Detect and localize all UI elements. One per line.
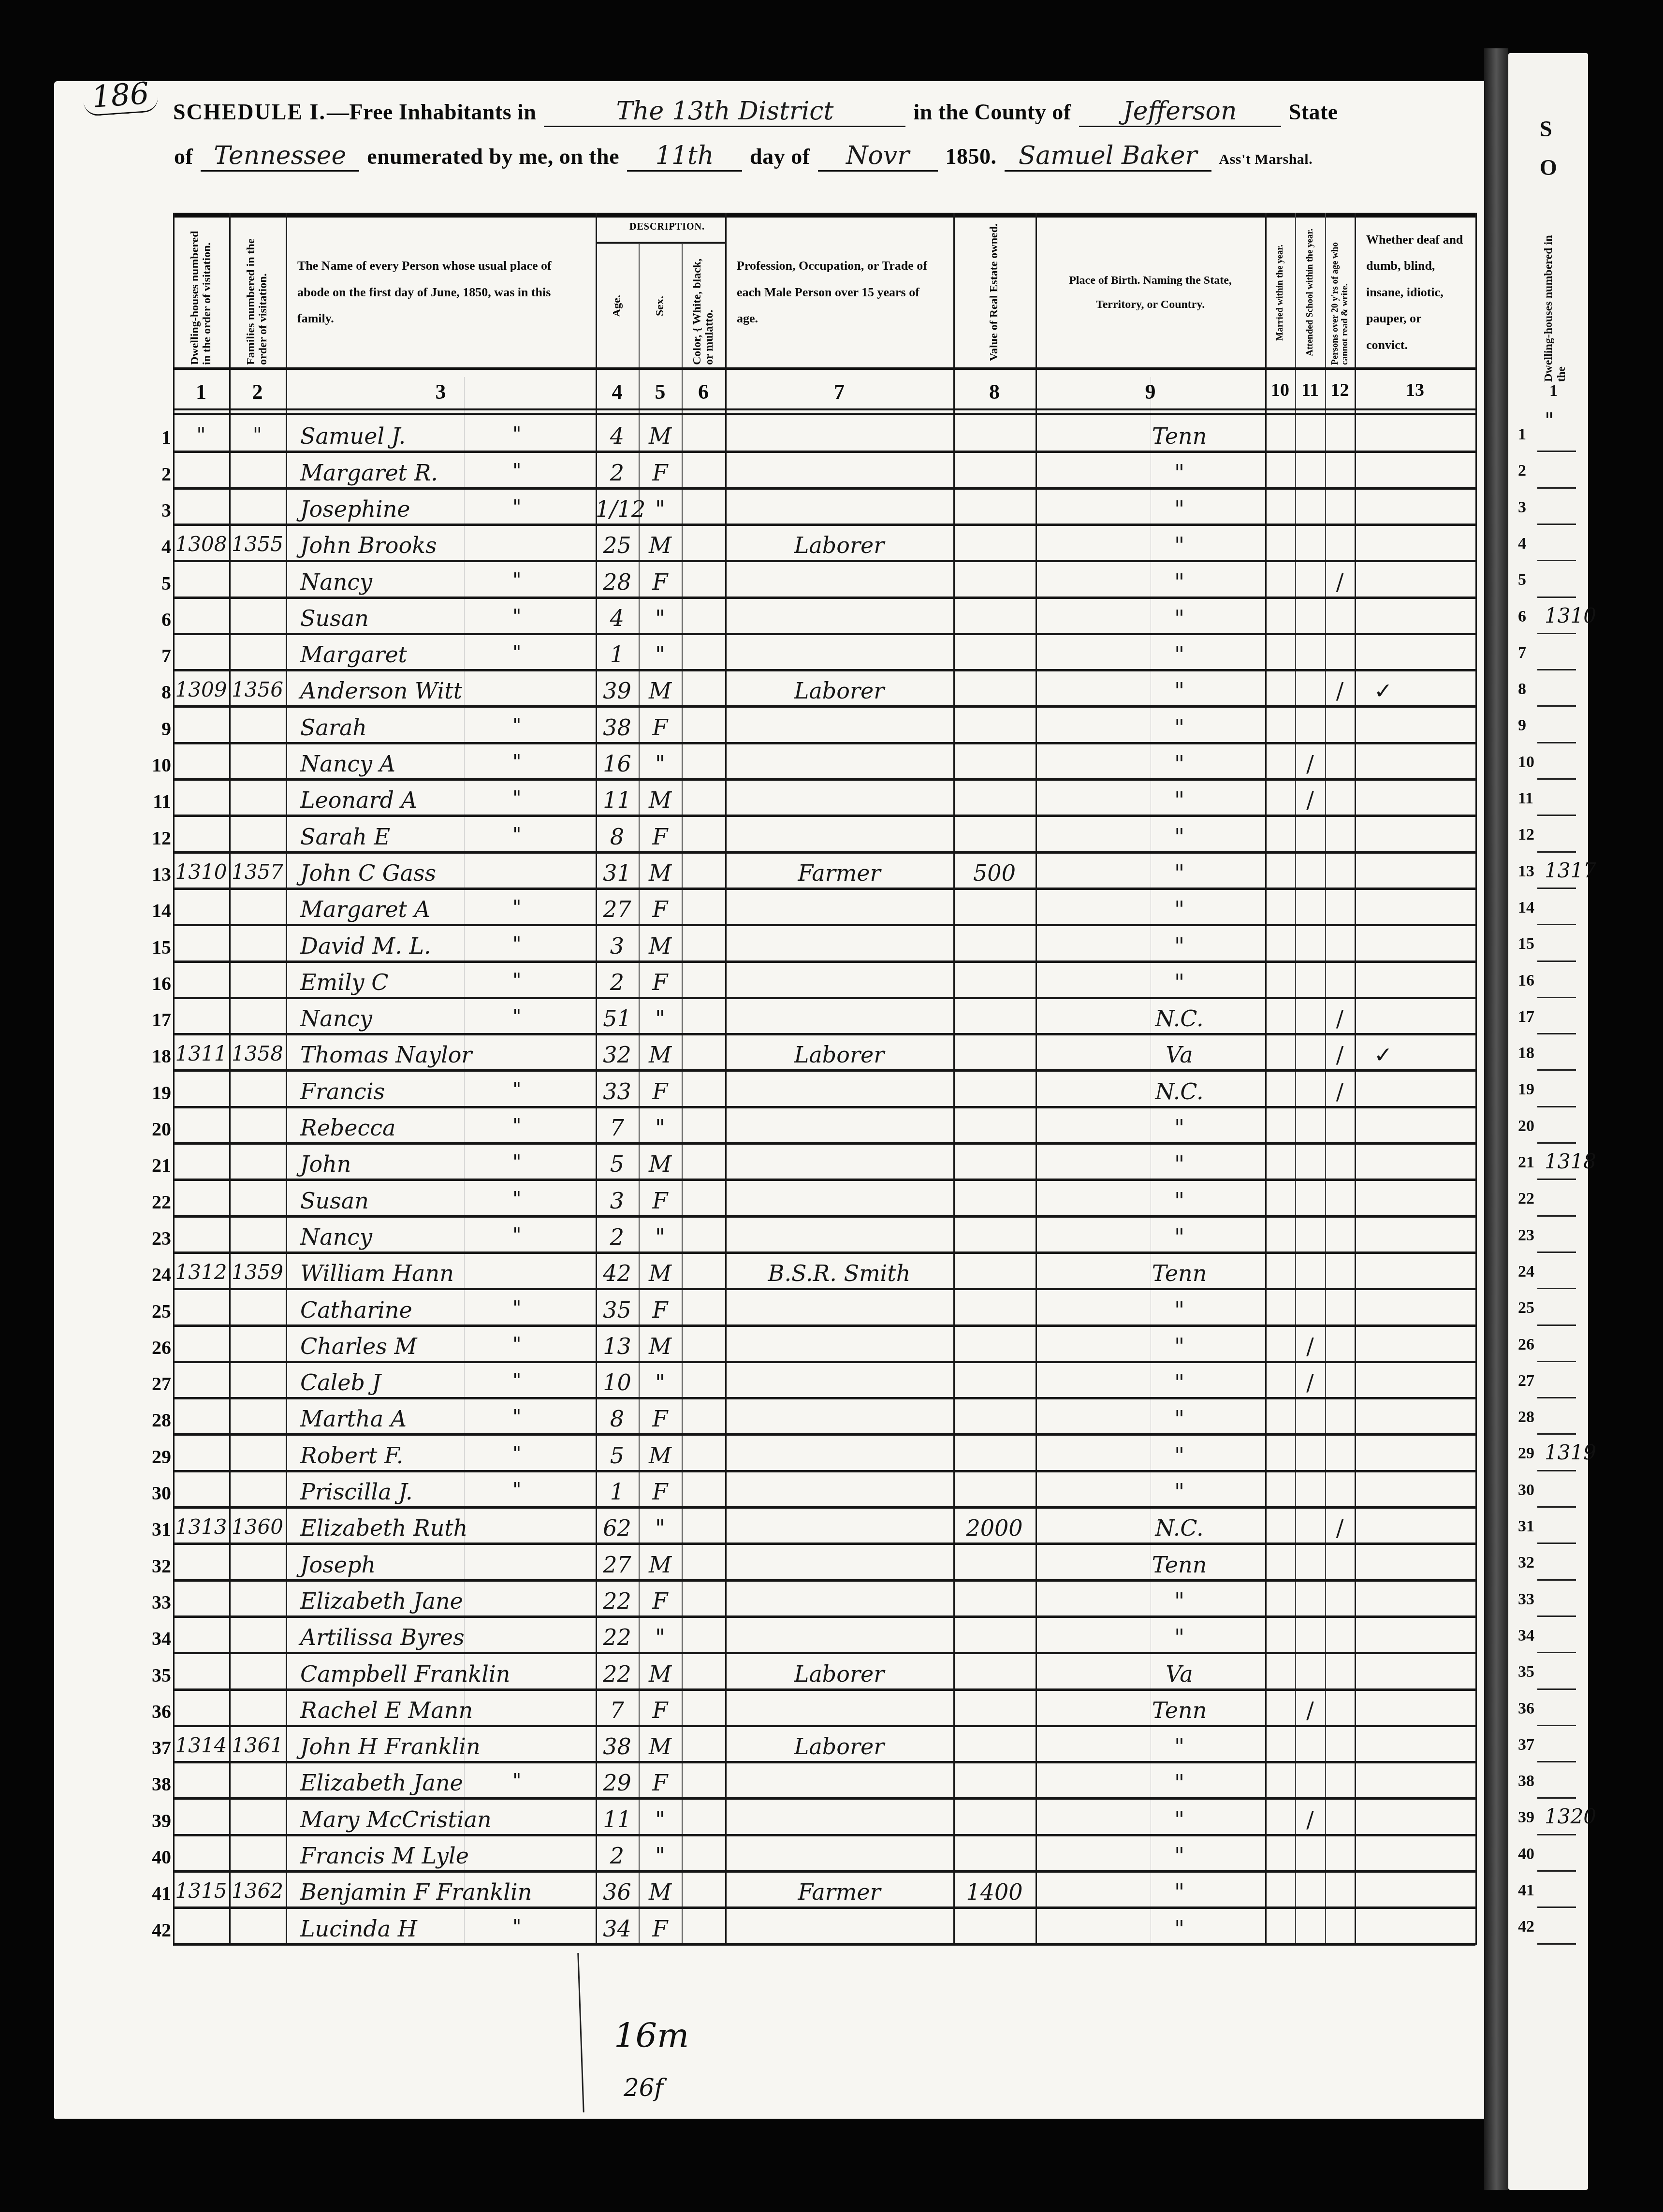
- sex[interactable]: M: [639, 787, 682, 813]
- sex[interactable]: F: [639, 460, 682, 486]
- line-number: 12: [145, 827, 171, 849]
- school-mark[interactable]: /: [1295, 1697, 1325, 1723]
- sex[interactable]: F: [639, 1916, 682, 1942]
- row-rule: [173, 1834, 1475, 1836]
- birthplace[interactable]: ": [1065, 678, 1294, 704]
- ditto-mark: ": [512, 423, 521, 445]
- age[interactable]: 11: [596, 1806, 639, 1833]
- ditto-mark: ": [512, 1224, 521, 1246]
- column-header-label: Dwelling-houses numbered in the order of…: [189, 220, 213, 365]
- adjacent-row-rule: [1537, 633, 1576, 634]
- dwelling-number[interactable]: 1311: [173, 1042, 229, 1065]
- person-name[interactable]: Priscilla J.: [300, 1479, 596, 1505]
- sex[interactable]: M: [639, 1442, 682, 1469]
- sex[interactable]: M: [639, 1151, 682, 1177]
- age[interactable]: 4: [596, 605, 639, 631]
- age[interactable]: 8: [596, 1406, 639, 1432]
- remark-mark[interactable]: ✓: [1374, 1042, 1480, 1068]
- age[interactable]: 27: [596, 1552, 639, 1578]
- school-mark[interactable]: /: [1295, 1806, 1325, 1833]
- age[interactable]: 27: [596, 896, 639, 922]
- adjacent-row-rule: [1537, 1652, 1576, 1653]
- family-number[interactable]: 1360: [229, 1515, 286, 1539]
- person-name[interactable]: Margaret: [300, 641, 596, 668]
- adjacent-first-entry: ": [1545, 408, 1554, 432]
- sex[interactable]: M: [639, 1042, 682, 1068]
- person-name[interactable]: Sarah: [300, 714, 596, 741]
- adjacent-row-rule: [1537, 1725, 1576, 1726]
- sex[interactable]: ": [639, 1369, 682, 1396]
- age[interactable]: 4: [596, 423, 639, 449]
- sex[interactable]: ": [639, 1843, 682, 1869]
- adjacent-row-rule: [1537, 1069, 1576, 1071]
- age[interactable]: 22: [596, 1588, 639, 1614]
- birthplace[interactable]: ": [1065, 1406, 1294, 1432]
- birthplace[interactable]: ": [1065, 1224, 1294, 1250]
- age[interactable]: 13: [596, 1333, 639, 1359]
- adjacent-row-rule: [1537, 597, 1576, 598]
- birthplace[interactable]: Va: [1065, 1042, 1294, 1068]
- family-number[interactable]: 1356: [229, 678, 286, 701]
- age[interactable]: 35: [596, 1297, 639, 1323]
- sex[interactable]: F: [639, 969, 682, 995]
- person-name[interactable]: Susan: [300, 1188, 596, 1214]
- person-name[interactable]: John Brooks: [300, 532, 596, 558]
- line-number: 4: [145, 535, 171, 558]
- row-rule: [173, 1252, 1475, 1254]
- birthplace[interactable]: Tenn: [1065, 1697, 1294, 1723]
- row-rule: [173, 960, 1475, 963]
- birthplace[interactable]: ": [1065, 1879, 1294, 1905]
- person-name[interactable]: Francis M Lyle: [300, 1843, 596, 1869]
- person-name[interactable]: Thomas Naylor: [300, 1042, 596, 1068]
- person-name[interactable]: Nancy: [300, 1005, 596, 1032]
- person-name[interactable]: Joseph: [300, 1552, 596, 1578]
- sex[interactable]: M: [639, 860, 682, 886]
- column-header-1: Dwelling-houses numbered in the order of…: [176, 220, 226, 365]
- family-number[interactable]: 1358: [229, 1042, 286, 1065]
- column-header-7: Profession, Occupation, or Trade of each…: [728, 220, 950, 365]
- row-rule: [173, 1397, 1475, 1399]
- dwelling-number[interactable]: 1312: [173, 1260, 229, 1284]
- illiterate-mark[interactable]: /: [1325, 1078, 1355, 1105]
- age[interactable]: 42: [596, 1260, 639, 1286]
- person-name[interactable]: Lucinda H: [300, 1916, 596, 1942]
- adjacent-row-rule: [1537, 742, 1576, 743]
- age[interactable]: 3: [596, 1188, 639, 1214]
- column-header-label: Profession, Occupation, or Trade of each…: [728, 253, 950, 332]
- row-rule: [173, 1506, 1475, 1509]
- row-rule: [173, 633, 1475, 635]
- adjacent-row-rule: [1537, 1179, 1576, 1180]
- sex[interactable]: ": [639, 1224, 682, 1250]
- birthplace[interactable]: ": [1065, 787, 1294, 813]
- sex[interactable]: M: [639, 1333, 682, 1359]
- age[interactable]: 28: [596, 569, 639, 595]
- illiterate-mark[interactable]: /: [1325, 1005, 1355, 1032]
- line-number: 40: [145, 1846, 171, 1868]
- adjacent-row-rule: [1537, 1215, 1576, 1217]
- age[interactable]: 1/12: [596, 496, 639, 522]
- age[interactable]: 2: [596, 1843, 639, 1869]
- adjacent-line-number: 40: [1518, 1845, 1534, 1863]
- sex[interactable]: F: [639, 1588, 682, 1614]
- birthplace[interactable]: ": [1065, 605, 1294, 631]
- sex[interactable]: F: [639, 1078, 682, 1105]
- age[interactable]: 1: [596, 641, 639, 668]
- ditto-mark: ": [512, 787, 521, 809]
- birthplace[interactable]: ": [1065, 896, 1294, 922]
- schedule-label: SCHEDULE I.: [173, 99, 326, 125]
- line-number: 3: [145, 499, 171, 522]
- sex[interactable]: F: [639, 1770, 682, 1796]
- sex[interactable]: F: [639, 1697, 682, 1723]
- line-number: 17: [145, 1008, 171, 1031]
- age[interactable]: 5: [596, 1442, 639, 1469]
- sex[interactable]: M: [639, 933, 682, 959]
- line-number: 31: [145, 1518, 171, 1541]
- sex[interactable]: M: [639, 1661, 682, 1687]
- sex[interactable]: ": [639, 641, 682, 668]
- person-name[interactable]: David M. L.: [300, 933, 596, 959]
- sex[interactable]: M: [639, 1260, 682, 1286]
- illiterate-mark[interactable]: /: [1325, 1515, 1355, 1541]
- occupation[interactable]: Laborer: [725, 1042, 953, 1068]
- birthplace[interactable]: ": [1065, 1916, 1294, 1942]
- family-number[interactable]: ": [229, 423, 286, 447]
- person-name[interactable]: Sarah E: [300, 824, 596, 850]
- ditto-mark: ": [512, 1005, 521, 1028]
- birthplace[interactable]: Va: [1065, 1661, 1294, 1687]
- person-name[interactable]: Leonard A: [300, 787, 596, 813]
- person-name[interactable]: Robert F.: [300, 1442, 596, 1469]
- state-field[interactable]: Tennessee: [201, 141, 359, 172]
- adjacent-row-rule: [1537, 815, 1576, 816]
- birthplace[interactable]: N.C.: [1065, 1515, 1294, 1541]
- sex[interactable]: ": [639, 1115, 682, 1141]
- birthplace[interactable]: ": [1065, 1442, 1294, 1469]
- adjacent-row-rule: [1537, 1543, 1576, 1544]
- column-number-1: 1: [173, 379, 229, 404]
- birthplace[interactable]: N.C.: [1065, 1078, 1294, 1105]
- family-number[interactable]: 1359: [229, 1260, 286, 1284]
- row-rule: [173, 997, 1475, 999]
- person-name[interactable]: Margaret R.: [300, 460, 596, 486]
- birthplace[interactable]: N.C.: [1065, 1005, 1294, 1032]
- adjacent-line-number: 20: [1518, 1117, 1534, 1135]
- adjacent-dwelling-number: 1319: [1545, 1441, 1596, 1464]
- sex[interactable]: M: [639, 678, 682, 704]
- day-field[interactable]: 11th: [627, 141, 742, 172]
- line-number: 39: [145, 1809, 171, 1832]
- occupation[interactable]: Farmer: [725, 860, 953, 886]
- person-name[interactable]: Nancy: [300, 1224, 596, 1250]
- row-rule: [173, 560, 1475, 562]
- column-number-9: 9: [1036, 379, 1265, 404]
- occupation[interactable]: Laborer: [725, 532, 953, 558]
- occupation[interactable]: Laborer: [725, 678, 953, 704]
- birthplace[interactable]: ": [1065, 1770, 1294, 1796]
- person-name[interactable]: Nancy: [300, 569, 596, 595]
- age[interactable]: 16: [596, 751, 639, 777]
- row-rule: [173, 1906, 1475, 1909]
- title-text-enumerated: enumerated by me, on the: [367, 144, 619, 169]
- occupation[interactable]: Laborer: [725, 1661, 953, 1687]
- birthplace[interactable]: Tenn: [1065, 1552, 1294, 1578]
- age[interactable]: 10: [596, 1369, 639, 1396]
- adjacent-line-number: 42: [1518, 1918, 1534, 1936]
- birthplace[interactable]: ": [1065, 1588, 1294, 1614]
- birthplace[interactable]: ": [1065, 532, 1294, 558]
- county-field[interactable]: Jefferson: [1079, 97, 1281, 127]
- line-number: 28: [145, 1409, 171, 1431]
- illiterate-mark[interactable]: /: [1325, 1042, 1355, 1068]
- birthplace[interactable]: ": [1065, 824, 1294, 850]
- illiterate-mark[interactable]: /: [1325, 678, 1355, 704]
- age[interactable]: 2: [596, 460, 639, 486]
- illiterate-mark[interactable]: /: [1325, 569, 1355, 595]
- real-estate-value[interactable]: 2000: [953, 1515, 1036, 1541]
- description-group-label: DESCRIPTION.: [609, 221, 725, 233]
- line-number: 33: [145, 1591, 171, 1614]
- sex[interactable]: M: [639, 423, 682, 449]
- age[interactable]: 3: [596, 933, 639, 959]
- occupation[interactable]: Farmer: [725, 1879, 953, 1905]
- age[interactable]: 29: [596, 1770, 639, 1796]
- column-header-label: Sex.: [654, 296, 666, 316]
- family-number[interactable]: 1361: [229, 1733, 286, 1757]
- birthplace[interactable]: ": [1065, 1624, 1294, 1650]
- adjacent-line-number: 1: [1518, 425, 1526, 444]
- occupation[interactable]: B.S.R. Smith: [725, 1260, 953, 1286]
- person-name[interactable]: Susan: [300, 605, 596, 631]
- age[interactable]: 22: [596, 1661, 639, 1687]
- title-text-c: State: [1289, 99, 1338, 125]
- dwelling-number[interactable]: 1310: [173, 860, 229, 884]
- family-number[interactable]: 1362: [229, 1879, 286, 1903]
- person-name[interactable]: John H Franklin: [300, 1733, 596, 1760]
- person-name[interactable]: Martha A: [300, 1406, 596, 1432]
- sex[interactable]: ": [639, 605, 682, 631]
- person-name[interactable]: Catharine: [300, 1297, 596, 1323]
- age[interactable]: 5: [596, 1151, 639, 1177]
- birthplace[interactable]: ": [1065, 933, 1294, 959]
- school-mark[interactable]: /: [1295, 751, 1325, 777]
- real-estate-value[interactable]: 1400: [953, 1879, 1036, 1905]
- row-rule: [173, 1470, 1475, 1472]
- person-name[interactable]: John C Gass: [300, 860, 596, 886]
- adjacent-row-rule: [1537, 1870, 1576, 1872]
- age[interactable]: 34: [596, 1916, 639, 1942]
- sex[interactable]: F: [639, 1297, 682, 1323]
- adjacent-row-rule: [1537, 1834, 1576, 1835]
- person-name[interactable]: Mary McCristian: [300, 1806, 596, 1833]
- sex[interactable]: ": [639, 496, 682, 522]
- age[interactable]: 38: [596, 1733, 639, 1760]
- line-number: 32: [145, 1555, 171, 1577]
- person-name[interactable]: William Hann: [300, 1260, 596, 1286]
- birthplace[interactable]: ": [1065, 641, 1294, 668]
- adjacent-line-number: 13: [1518, 862, 1534, 881]
- person-name[interactable]: Elizabeth Jane: [300, 1770, 596, 1796]
- family-number[interactable]: 1357: [229, 860, 286, 884]
- birthplace[interactable]: ": [1065, 1369, 1294, 1396]
- row-rule: [173, 1324, 1475, 1327]
- sex[interactable]: M: [639, 1733, 682, 1760]
- school-mark[interactable]: /: [1295, 1333, 1325, 1359]
- real-estate-value[interactable]: 500: [953, 860, 1036, 886]
- column-divider: [1355, 213, 1356, 1945]
- person-name[interactable]: Emily C: [300, 969, 596, 995]
- sex[interactable]: ": [639, 1806, 682, 1833]
- adjacent-row-rule: [1537, 1797, 1576, 1799]
- birthplace[interactable]: ": [1065, 1806, 1294, 1833]
- adjacent-row-rule: [1537, 1579, 1576, 1581]
- sex[interactable]: ": [639, 1624, 682, 1650]
- age[interactable]: 22: [596, 1624, 639, 1650]
- birthplace[interactable]: ": [1065, 1115, 1294, 1141]
- sex[interactable]: F: [639, 896, 682, 922]
- age[interactable]: 33: [596, 1078, 639, 1105]
- sex[interactable]: F: [639, 1188, 682, 1214]
- person-name[interactable]: Samuel J.: [300, 423, 596, 449]
- person-name[interactable]: Rebecca: [300, 1115, 596, 1141]
- sex[interactable]: F: [639, 1479, 682, 1505]
- dwelling-number[interactable]: ": [173, 423, 229, 447]
- adjacent-row-rule: [1537, 1361, 1576, 1362]
- adjacent-line-number: 27: [1518, 1372, 1534, 1390]
- person-name[interactable]: Artilissa Byres: [300, 1624, 596, 1650]
- sex[interactable]: M: [639, 1552, 682, 1578]
- age[interactable]: 7: [596, 1115, 639, 1141]
- birthplace[interactable]: ": [1065, 751, 1294, 777]
- dwelling-number[interactable]: 1308: [173, 532, 229, 556]
- line-number: 16: [145, 972, 171, 995]
- column-header-label: Age.: [611, 295, 623, 317]
- age[interactable]: 7: [596, 1697, 639, 1723]
- person-name[interactable]: Margaret A: [300, 896, 596, 922]
- family-number[interactable]: 1355: [229, 532, 286, 556]
- sex[interactable]: ": [639, 1515, 682, 1541]
- person-name[interactable]: Charles M: [300, 1333, 596, 1359]
- person-name[interactable]: Campbell Franklin: [300, 1661, 596, 1687]
- row-rule: [173, 1943, 1475, 1946]
- birthplace[interactable]: ": [1065, 1843, 1294, 1869]
- sex[interactable]: ": [639, 751, 682, 777]
- sex[interactable]: F: [639, 569, 682, 595]
- marshal-field[interactable]: Samuel Baker: [1005, 141, 1211, 172]
- dwelling-number[interactable]: 1309: [173, 678, 229, 701]
- sex[interactable]: F: [639, 824, 682, 850]
- adjacent-line-number: 36: [1518, 1700, 1534, 1718]
- birthplace[interactable]: ": [1065, 496, 1294, 522]
- adjacent-row-rule: [1537, 1433, 1576, 1435]
- adjacent-line-number: 7: [1518, 644, 1526, 662]
- birthplace[interactable]: ": [1065, 969, 1294, 995]
- person-name[interactable]: Francis: [300, 1078, 596, 1105]
- age[interactable]: 31: [596, 860, 639, 886]
- sex[interactable]: M: [639, 532, 682, 558]
- person-name[interactable]: Caleb J: [300, 1369, 596, 1396]
- birthplace[interactable]: ": [1065, 460, 1294, 486]
- adjacent-dwelling-number: 1310: [1545, 604, 1596, 627]
- birthplace[interactable]: ": [1065, 860, 1294, 886]
- adjacent-line-number: 18: [1518, 1044, 1534, 1062]
- birthplace[interactable]: Tenn: [1065, 1260, 1294, 1286]
- birthplace[interactable]: Tenn: [1065, 423, 1294, 449]
- remark-mark[interactable]: ✓: [1374, 678, 1480, 704]
- sex[interactable]: ": [639, 1005, 682, 1032]
- age[interactable]: 32: [596, 1042, 639, 1068]
- adjacent-row-rule: [1537, 1906, 1576, 1908]
- ditto-mark: ": [512, 1115, 521, 1137]
- school-mark[interactable]: /: [1295, 1369, 1325, 1396]
- person-name[interactable]: Nancy A: [300, 751, 596, 777]
- person-name[interactable]: Elizabeth Ruth: [300, 1515, 596, 1541]
- age[interactable]: 38: [596, 714, 639, 741]
- sex[interactable]: M: [639, 1879, 682, 1905]
- age[interactable]: 25: [596, 532, 639, 558]
- row-rule: [173, 1033, 1475, 1035]
- birthplace[interactable]: ": [1065, 1297, 1294, 1323]
- age[interactable]: 36: [596, 1879, 639, 1905]
- person-name[interactable]: Benjamin F Franklin: [300, 1879, 596, 1905]
- age[interactable]: 2: [596, 969, 639, 995]
- person-name[interactable]: Josephine: [300, 496, 596, 522]
- age[interactable]: 1: [596, 1479, 639, 1505]
- dwelling-number[interactable]: 1315: [173, 1879, 229, 1903]
- column-header-9: Place of Birth. Naming the State, Territ…: [1038, 220, 1262, 365]
- age[interactable]: 51: [596, 1005, 639, 1032]
- dwelling-number[interactable]: 1313: [173, 1515, 229, 1539]
- adjacent-row-rule: [1537, 1761, 1576, 1762]
- person-name[interactable]: Anderson Witt: [300, 678, 596, 704]
- birthplace[interactable]: ": [1065, 569, 1294, 595]
- birthplace[interactable]: ": [1065, 1151, 1294, 1177]
- age[interactable]: 11: [596, 787, 639, 813]
- birthplace[interactable]: ": [1065, 1733, 1294, 1760]
- age[interactable]: 2: [596, 1224, 639, 1250]
- birthplace[interactable]: ": [1065, 714, 1294, 741]
- sex[interactable]: F: [639, 714, 682, 741]
- age[interactable]: 8: [596, 824, 639, 850]
- school-mark[interactable]: /: [1295, 787, 1325, 813]
- birthplace[interactable]: ": [1065, 1188, 1294, 1214]
- sex[interactable]: F: [639, 1406, 682, 1432]
- age[interactable]: 39: [596, 678, 639, 704]
- occupation[interactable]: Laborer: [725, 1733, 953, 1760]
- adjacent-line-number: 41: [1518, 1881, 1534, 1900]
- column-number-10: 10: [1265, 379, 1295, 401]
- birthplace[interactable]: ": [1065, 1479, 1294, 1505]
- adjacent-line-number: 34: [1518, 1627, 1534, 1645]
- line-number: 30: [145, 1482, 171, 1504]
- person-name[interactable]: Elizabeth Jane: [300, 1588, 596, 1614]
- column-divider: [229, 213, 231, 1945]
- adjacent-line-number: 2: [1518, 462, 1526, 480]
- person-name[interactable]: Rachel E Mann: [300, 1697, 596, 1723]
- month-field[interactable]: Novr: [818, 141, 938, 172]
- district-field[interactable]: The 13th District: [544, 97, 905, 127]
- dwelling-number[interactable]: 1314: [173, 1733, 229, 1757]
- line-number: 37: [145, 1736, 171, 1759]
- row-rule: [173, 851, 1475, 854]
- page-gutter: [1484, 48, 1508, 2190]
- column-number-6: 6: [682, 379, 725, 404]
- birthplace[interactable]: ": [1065, 1333, 1294, 1359]
- age[interactable]: 62: [596, 1515, 639, 1541]
- person-name[interactable]: John: [300, 1151, 596, 1177]
